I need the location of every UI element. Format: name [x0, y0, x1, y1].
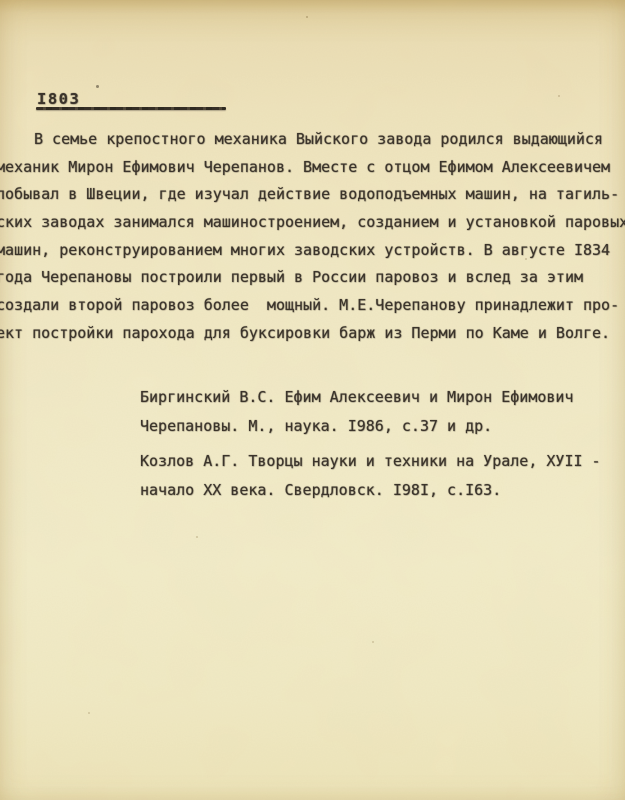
heading-underline — [36, 107, 226, 110]
reference-line: Черепановы. М., наука. I986, с.37 и др. — [140, 412, 625, 441]
year-heading: I803 — [37, 90, 80, 108]
dust-speck — [372, 641, 374, 643]
paragraph-line: механик Мирон Ефимович Черепанов. Вместе… — [0, 154, 625, 182]
paragraph-line: побывал в Швеции, где изучал действие во… — [0, 181, 625, 209]
reference-entry: Козлов А.Г. Творцы науки и техники на Ур… — [140, 447, 625, 504]
paragraph-line: В семье крепостного механика Выйского за… — [0, 126, 625, 154]
dust-speck — [196, 536, 198, 538]
dust-speck — [96, 85, 99, 88]
dust-speck — [88, 712, 90, 714]
paragraph-line: ских заводах занимался машиностроением, … — [0, 209, 625, 237]
dust-speck — [306, 16, 308, 18]
reference-line: Биргинский В.С. Ефим Алексеевич и Мирон … — [140, 383, 625, 412]
references-block: Биргинский В.С. Ефим Алексеевич и Мирон … — [140, 383, 625, 504]
document-page: I803 В семье крепостного механика Выйско… — [0, 0, 625, 800]
reference-line: начало ХХ века. Свердловск. I98I, с.I63. — [140, 476, 625, 505]
reference-line: Козлов А.Г. Творцы науки и техники на Ур… — [140, 447, 625, 476]
paragraph-line: года Черепановы построили первый в Росси… — [0, 264, 625, 292]
typed-paragraph: В семье крепостного механика Выйского за… — [0, 126, 625, 348]
dust-speck — [558, 95, 560, 97]
paragraph-line: ект постройки парохода для буксировки ба… — [0, 320, 625, 348]
reference-entry: Биргинский В.С. Ефим Алексеевич и Мирон … — [140, 383, 625, 440]
paragraph-line: создали второй паровоз более мощный. М.Е… — [0, 292, 625, 320]
paragraph-line: машин, реконструированием многих заводск… — [0, 237, 625, 265]
